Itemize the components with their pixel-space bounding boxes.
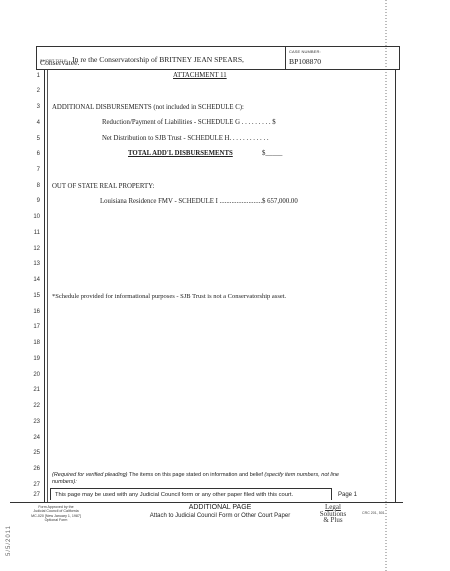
line-number: 6 — [26, 151, 40, 157]
line-number: 26 — [26, 466, 40, 472]
footer-form-code: CRC 201, 501 — [362, 511, 385, 515]
line-number: 11 — [26, 230, 40, 236]
line-number: 12 — [26, 246, 40, 252]
line-number: 19 — [26, 356, 40, 362]
out-of-state-heading: OUT OF STATE REAL PROPERTY: — [52, 183, 154, 190]
footer-title-line1: ADDITIONAL PAGE — [130, 504, 310, 512]
line-number: 16 — [26, 309, 40, 315]
verification-italic-suffix: (specify item numbers, not line — [264, 472, 339, 478]
header-divider — [285, 47, 286, 69]
additional-disbursements-heading: ADDITIONAL DISBURSEMENTS (not included i… — [52, 104, 244, 111]
line-number: 25 — [26, 450, 40, 456]
short-title-line1: In re the Conservatorship of BRITNEY JEA… — [72, 55, 244, 64]
caption-header-box: SHORT TITLE: In re the Conservatorship o… — [36, 46, 400, 70]
logo-line3: & Plus — [315, 517, 351, 524]
scan-fold-line — [385, 0, 387, 571]
attachment-title: ATTACHMENT 11 — [173, 72, 227, 79]
line-number: 1 — [26, 73, 40, 79]
line-number: 21 — [26, 387, 40, 393]
line-number: 27 — [26, 492, 40, 498]
footnote: *Schedule provided for informational pur… — [52, 293, 286, 300]
left-margin-rule-outer — [44, 70, 45, 502]
footer-form-approval: Form Approved by the Judicial Council of… — [28, 505, 84, 522]
line-number: 4 — [26, 120, 40, 126]
line-number: 7 — [26, 167, 40, 173]
line-number: 14 — [26, 277, 40, 283]
line-number: 22 — [26, 403, 40, 409]
line-number: 17 — [26, 324, 40, 330]
verification-italic-prefix: (Required for verified pleading) — [52, 472, 128, 478]
line-number: 27 — [26, 482, 40, 488]
page-number: Page 1 — [338, 490, 378, 501]
side-date-stamp: 5/5/2011 — [4, 488, 16, 556]
line-number: 24 — [26, 435, 40, 441]
footer-rule — [10, 502, 403, 503]
left-margin-rule-inner — [47, 70, 48, 502]
line-number: 2 — [26, 88, 40, 94]
line-number: 8 — [26, 183, 40, 189]
line-number: 20 — [26, 372, 40, 378]
notice-box: This page may be used with any Judicial … — [50, 488, 332, 500]
case-number-label: CASE NUMBER: — [289, 49, 321, 54]
line-number: 13 — [26, 261, 40, 267]
line-number: 9 — [26, 198, 40, 204]
footer-title-line2: Attach to Judicial Council Form or Other… — [130, 512, 310, 520]
footer-left-line2: Judicial Council of California — [28, 509, 84, 513]
line-number: 3 — [26, 104, 40, 110]
line-number: 10 — [26, 214, 40, 220]
total-disbursements-label: TOTAL ADD'L DISBURSEMENTS — [128, 150, 233, 157]
louisiana-residence-line: Louisiana Residence FMV - SCHEDULE I ...… — [100, 198, 298, 205]
verification-text: The items on this page stated on informa… — [129, 472, 263, 478]
verification-line1: (Required for verified pleading) The ite… — [52, 472, 339, 478]
short-title-line2: Conservatee. — [40, 58, 79, 67]
legal-solutions-logo: Legal Solutions & Plus — [315, 504, 351, 524]
footer-title: ADDITIONAL PAGE Attach to Judicial Counc… — [130, 504, 310, 520]
line-number: 5 — [26, 136, 40, 142]
right-margin-rule — [395, 70, 396, 502]
case-number-value: BP108870 — [289, 57, 321, 66]
line-number: 15 — [26, 293, 40, 299]
line-number: 18 — [26, 340, 40, 346]
verification-line2: numbers): — [52, 479, 77, 485]
line-number: 23 — [26, 419, 40, 425]
sjb-trust-line: Net Distribution to SJB Trust - SCHEDULE… — [102, 135, 269, 142]
total-disbursements-value: $_____ — [262, 150, 282, 157]
footer-left-line4: Optional Form — [28, 518, 84, 522]
liabilities-line: Reduction/Payment of Liabilities - SCHED… — [102, 119, 276, 126]
side-date-stamp-text: 5/5/2011 — [6, 525, 12, 556]
